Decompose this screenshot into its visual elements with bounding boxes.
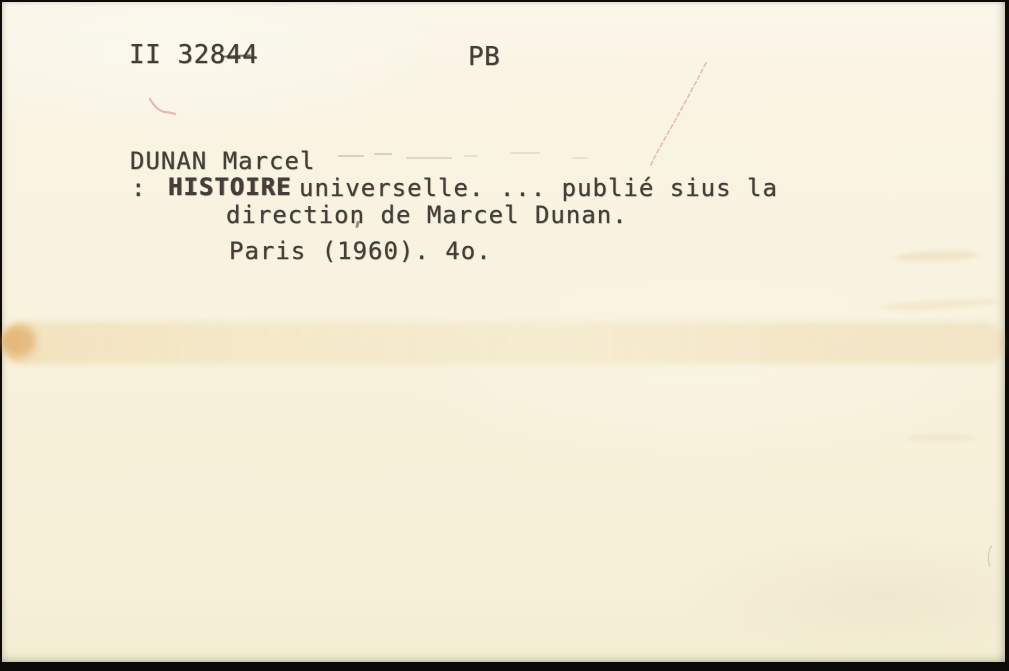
title-colon: : (131, 176, 146, 200)
erased-text-remnant (464, 155, 478, 157)
tan-smudge (880, 297, 1000, 312)
title-keyword: HISTOIRE (168, 175, 292, 199)
title-continuation: direction de Marcel Dunan. (226, 203, 628, 227)
author-heading: DUNAN Marcel (130, 149, 315, 173)
erased-text-remnant (374, 153, 392, 155)
tan-smudge (894, 250, 980, 263)
stain-band (2, 322, 1005, 364)
stain-band-left-edge (2, 326, 36, 356)
erased-text-remnant (338, 155, 364, 157)
tan-smudge (907, 434, 977, 442)
erased-text-remnant (406, 157, 452, 159)
erased-text-remnant (572, 157, 588, 159)
title-text: universelle. ... publié sius la (299, 176, 778, 200)
imprint-line: Paris (1960). 4o. (229, 239, 492, 263)
shelf-code: PB (468, 44, 500, 70)
erased-text-remnant (510, 152, 540, 154)
catalog-index-card: II 32844 PB DUNAN Marcel : HISTOIRE univ… (2, 2, 1005, 662)
